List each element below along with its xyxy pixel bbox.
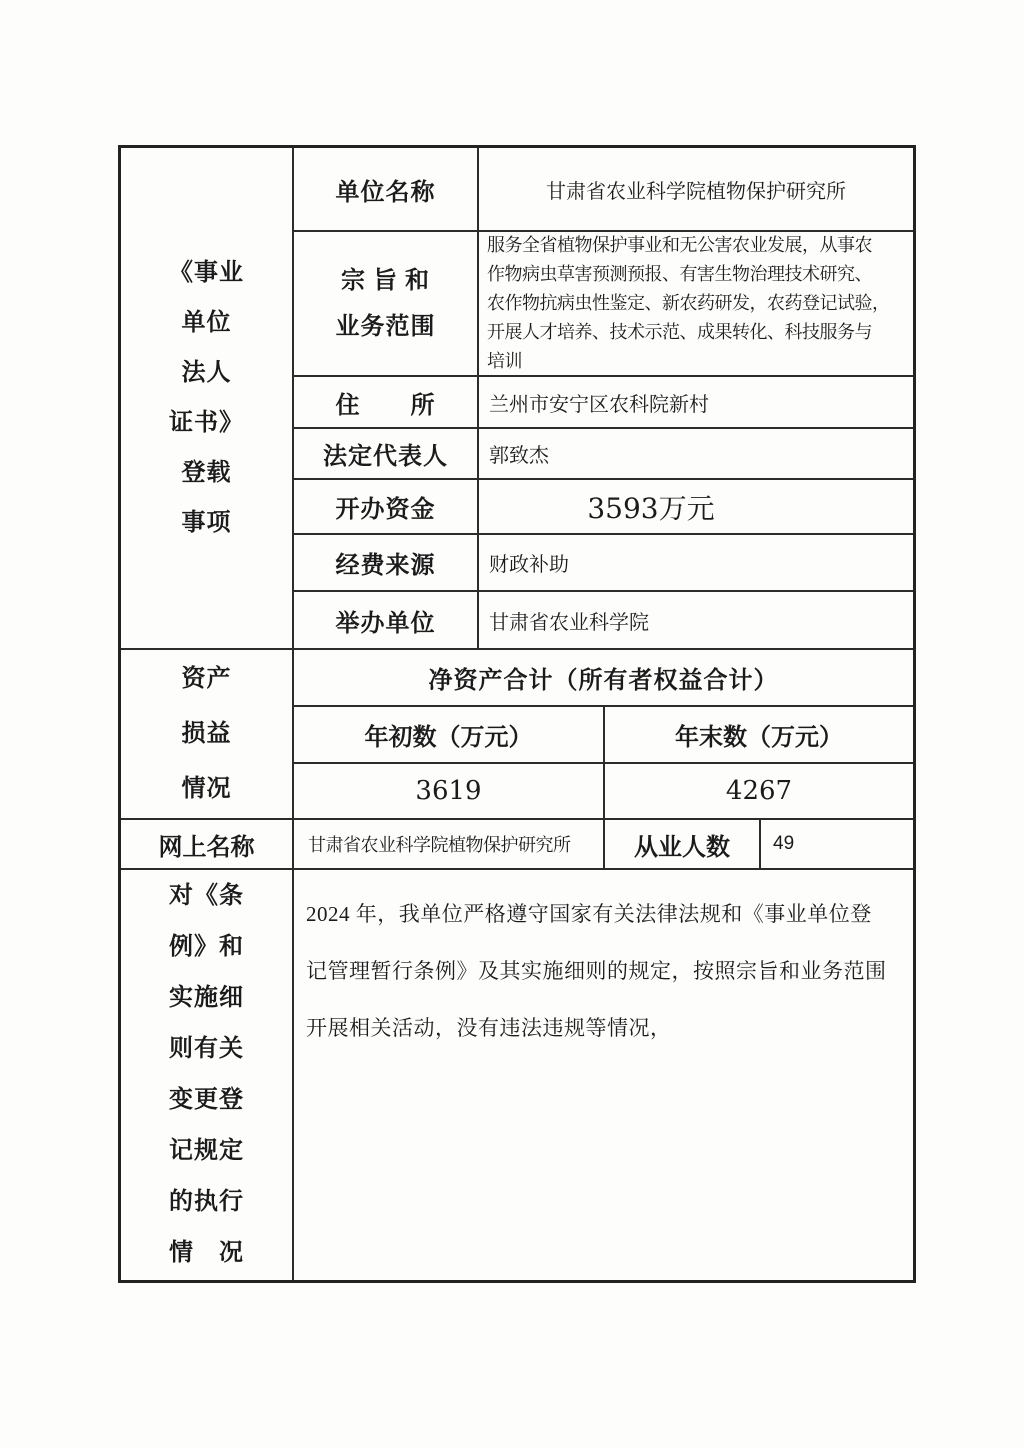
year-end-header: 年末数（万元）	[605, 707, 913, 762]
compliance-statement-body: 2024 年，我单位严格遵守国家有关法律法规和《事业单位登 记管理暂行条例》及其…	[294, 870, 913, 1280]
net-assets-total-label: 净资产合计（所有者权益合计）	[294, 650, 913, 705]
sponsor-unit-value: 甘肃省农业科学院	[479, 592, 913, 648]
assets-section-header: 资产 损益 情况	[121, 650, 292, 818]
funding-source-label: 经费来源	[294, 535, 477, 590]
address-label: 住 所	[294, 377, 477, 427]
scanned-form-page: 《事业 单位 法人 证书》 登载 事项 单位名称 甘肃省农业科学院植物保护研究所…	[0, 0, 1024, 1449]
year-end-value: 4267	[605, 764, 913, 818]
legal-representative-label: 法定代表人	[294, 429, 477, 478]
unit-name-value: 甘肃省农业科学院植物保护研究所	[479, 148, 913, 230]
sponsor-unit-label: 举办单位	[294, 592, 477, 648]
compliance-section-header: 对《条 例》和 实施细 则有关 变更登 记规定 的执行 情 况	[121, 870, 292, 1280]
certificate-section-header: 《事业 单位 法人 证书》 登载 事项	[121, 148, 292, 648]
online-name-value: 甘肃省农业科学院植物保护研究所	[294, 820, 603, 868]
legal-representative-value: 郭致杰	[479, 429, 913, 478]
purpose-scope-label: 宗 旨 和 业务范围	[294, 232, 477, 375]
opening-capital-value: 3593万元	[479, 480, 913, 533]
year-begin-header: 年初数（万元）	[294, 707, 603, 762]
online-name-label: 网上名称	[121, 820, 292, 868]
opening-capital-label: 开办资金	[294, 480, 477, 533]
funding-source-value: 财政补助	[479, 535, 913, 590]
year-begin-value: 3619	[294, 764, 603, 818]
staff-count-label: 从业人数	[605, 820, 759, 868]
unit-name-label: 单位名称	[294, 148, 477, 230]
annual-report-table: 《事业 单位 法人 证书》 登载 事项 单位名称 甘肃省农业科学院植物保护研究所…	[118, 145, 916, 1283]
staff-count-value: 49	[761, 820, 913, 868]
purpose-scope-value: 服务全省植物保护事业和无公害农业发展，从事农 作物病虫草害预测预报、有害生物治理…	[479, 232, 913, 375]
address-value: 兰州市安宁区农科院新村	[479, 377, 913, 427]
